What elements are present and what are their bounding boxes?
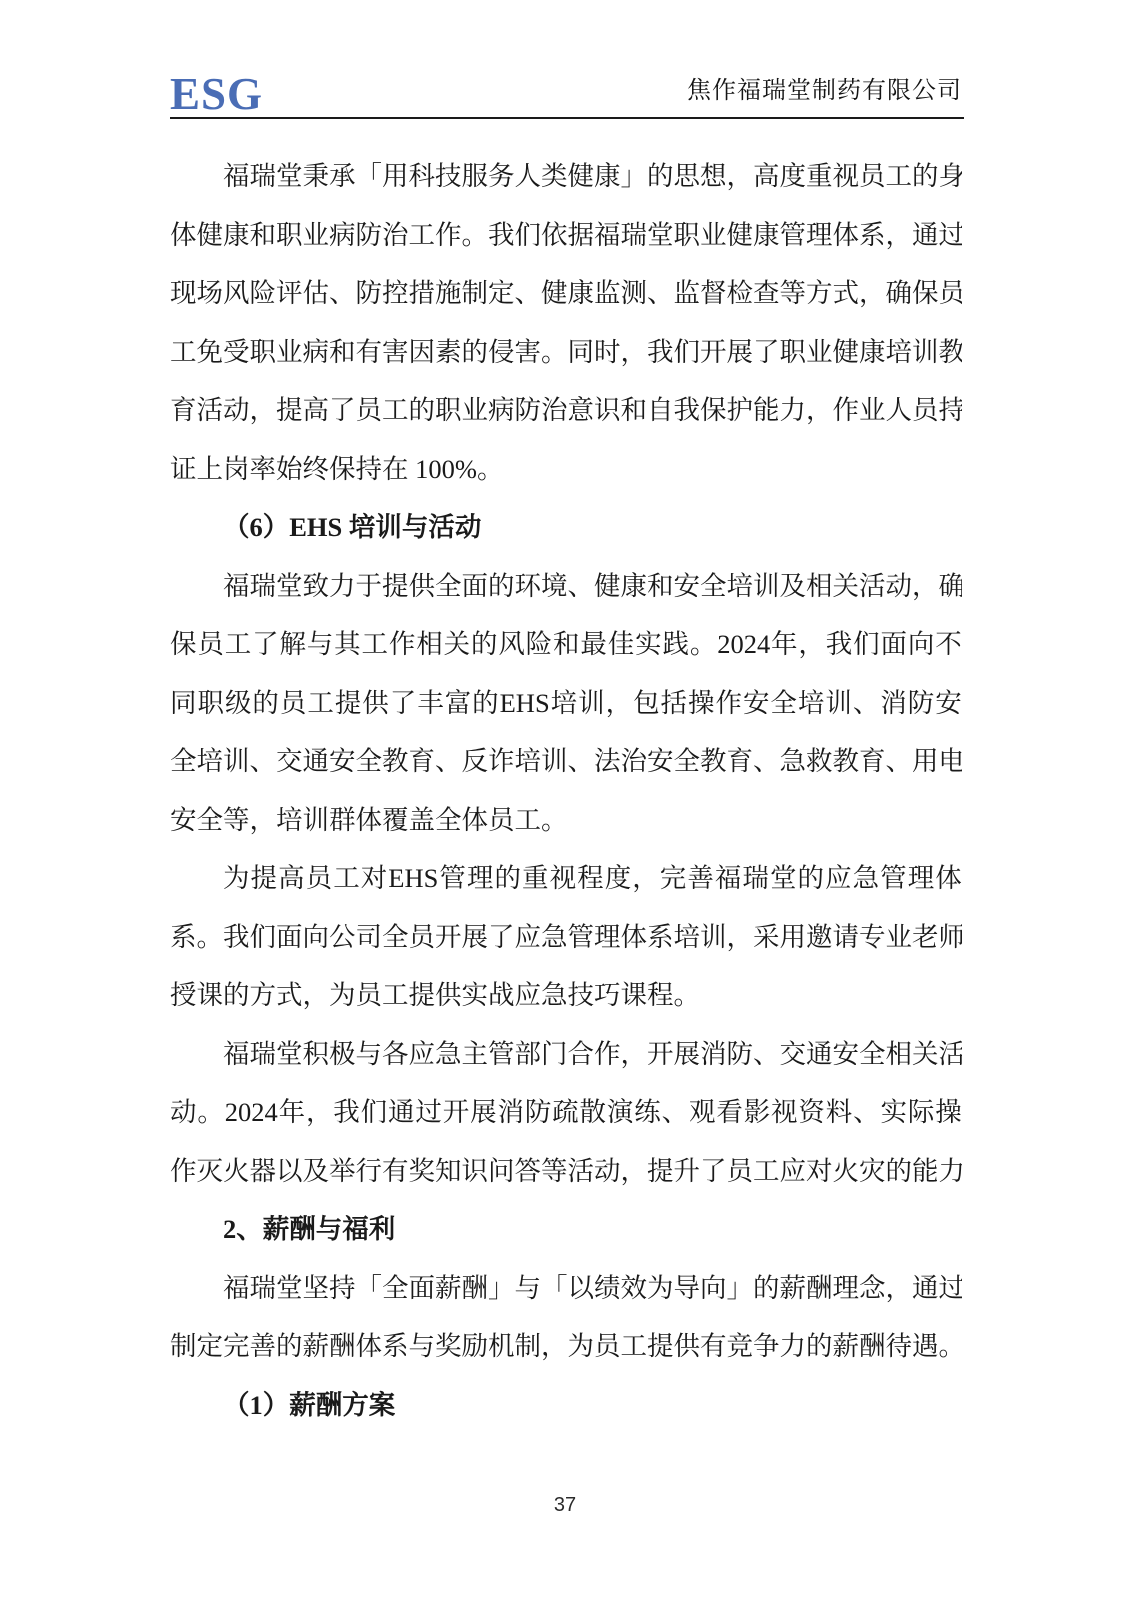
paragraph-line: 全培训、交通安全教育、反诈培训、法治安全教育、急救教育、用电 <box>170 732 962 791</box>
paragraph-line: 系。我们面向公司全员开展了应急管理体系培训，采用邀请专业老师 <box>170 908 962 967</box>
paragraph-line: 证上岗率始终保持在 100%。 <box>170 440 962 499</box>
section-heading: （1）薪酬方案 <box>170 1376 962 1435</box>
paragraph-line: 同职级的员工提供了丰富的EHS培训，包括操作安全培训、消防安 <box>170 674 962 733</box>
paragraph-line: 为提高员工对EHS管理的重视程度，完善福瑞堂的应急管理体 <box>170 849 962 908</box>
paragraph-line: 福瑞堂坚持「全面薪酬」与「以绩效为导向」的薪酬理念，通过 <box>170 1259 962 1318</box>
paragraph-line: 制定完善的薪酬体系与奖励机制，为员工提供有竞争力的薪酬待遇。 <box>170 1317 962 1376</box>
paragraph-line: 安全等，培训群体覆盖全体员工。 <box>170 791 962 850</box>
paragraph-line: 工免受职业病和有害因素的侵害。同时，我们开展了职业健康培训教 <box>170 323 962 382</box>
paragraph-line: 保员工了解与其工作相关的风险和最佳实践。2024年，我们面向不 <box>170 615 962 674</box>
document-body: 福瑞堂秉承「用科技服务人类健康」的思想，高度重视员工的身体健康和职业病防治工作。… <box>170 147 962 1434</box>
paragraph-line: 福瑞堂秉承「用科技服务人类健康」的思想，高度重视员工的身 <box>170 147 962 206</box>
paragraph-line: 福瑞堂致力于提供全面的环境、健康和安全培训及相关活动，确 <box>170 557 962 616</box>
paragraph-line: 体健康和职业病防治工作。我们依据福瑞堂职业健康管理体系，通过 <box>170 206 962 265</box>
paragraph-line: 作灭火器以及举行有奖知识问答等活动，提升了员工应对火灾的能力。 <box>170 1142 962 1201</box>
header-rule <box>170 117 964 119</box>
paragraph-line: 福瑞堂积极与各应急主管部门合作，开展消防、交通安全相关活 <box>170 1025 962 1084</box>
section-heading: （6）EHS 培训与活动 <box>170 498 962 557</box>
paragraph-line: 授课的方式，为员工提供实战应急技巧课程。 <box>170 966 962 1025</box>
paragraph-line: 动。2024年，我们通过开展消防疏散演练、观看影视资料、实际操 <box>170 1083 962 1142</box>
paragraph-line: 育活动，提高了员工的职业病防治意识和自我保护能力，作业人员持 <box>170 381 962 440</box>
section-heading: 2、薪酬与福利 <box>170 1200 962 1259</box>
paragraph-line: 现场风险评估、防控措施制定、健康监测、监督检查等方式，确保员 <box>170 264 962 323</box>
esg-logo: ESG <box>170 70 263 118</box>
header-company-name: 焦作福瑞堂制药有限公司 <box>687 76 962 106</box>
page-number: 37 <box>0 1492 1130 1518</box>
